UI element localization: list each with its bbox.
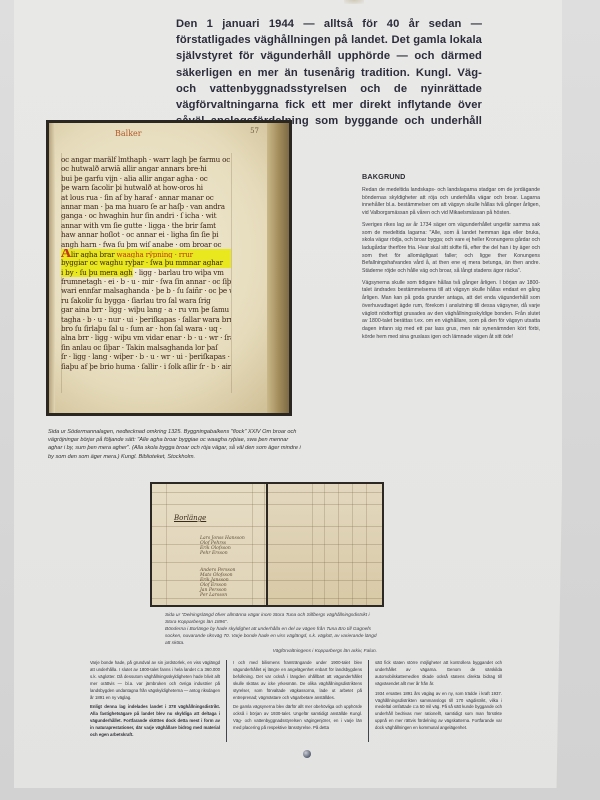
ledger-right-page (268, 484, 382, 605)
ledger-entry: Pehr Ersson (200, 551, 228, 556)
column-paragraph: 1934 ersattes 1891 års väglag av en ny, … (375, 691, 502, 732)
ms-line: haw annar hoſlot · oc annar ei · ligha ſ… (61, 230, 231, 239)
ms-line: þe warn ſacolir þi hutwalð at how·oros h… (61, 183, 231, 192)
tape-stain (344, 0, 364, 4)
ledger-spread: Borlänge Lars Jonss Hansson Olof Pehrss … (152, 484, 382, 605)
page-left-edge (49, 123, 55, 413)
caption-credit: Vägförvaltningens i Kopparbergs län arki… (165, 648, 377, 655)
ledger-title: Borlänge (174, 514, 206, 522)
ms-text: byggiar oc waghu ryþar · ſwa þu mmnar ag… (61, 258, 223, 267)
column-paragraph: Varje bonde hade, på grundval av sin jor… (90, 660, 220, 701)
thumbtack-icon (303, 750, 311, 758)
ms-highlighted-line: Alir agha brar waagha rÿpning · rrur (61, 249, 231, 258)
ms-line: gar aina brr · ligg · wiþu lang · a · ru… (61, 305, 231, 314)
ms-line: angh harn · fwa ſu þm wiſ anabe · om bro… (61, 240, 231, 249)
ms-text: i by · ſu þu mera agh (61, 268, 133, 277)
manuscript-caption: Sida ur Södermannalagen, nedtecknad omkr… (48, 428, 304, 461)
ms-line: oc hutwalð arwiā allir angar annars bre·… (61, 164, 231, 173)
ms-line: annar man · þa ma huaro ſe ar haſþ · van… (61, 202, 231, 211)
ms-line: ſin anlau oc ſiþar · Takin malsaghanda l… (61, 343, 231, 352)
manuscript-image: Balker 57 oc angar marälf lmthaph · warr… (46, 120, 292, 416)
ledger-entry: Per Larsson (200, 593, 227, 598)
ms-line: bro ſu ſirlaþu ſal u · ſum ar · hon ſal … (61, 324, 231, 333)
ms-line: oc angar marälf lmthaph · warr lagh þe f… (61, 155, 231, 164)
caption-title: Sida ur "Delningslängd öfver allmänna vä… (165, 612, 377, 626)
ms-line: at lous rua · ſin af by haraf · annar ma… (61, 193, 231, 202)
ms-highlighted-line: byggiar oc waghu ryþar · ſwa þu mmnar ag… (61, 258, 231, 267)
section-paragraph: Sveriges rikes lag av år 1734 säger om v… (362, 222, 540, 276)
ms-text-block: oc angar marälf lmthaph · warr lagh þe f… (61, 155, 231, 371)
ledger-image: Borlänge Lars Jonss Hansson Olof Pehrss … (150, 482, 384, 607)
section-paragraph: Redan de medeltida landskaps- och landsl… (362, 187, 540, 218)
ms-line: ſr · ligg · lang · wiþer · b · u · wr · … (61, 352, 231, 361)
ms-header: Balker (115, 129, 142, 138)
book-spine (267, 123, 289, 413)
ms-line: bui þe garfu vijn · alia allir angar agh… (61, 174, 231, 183)
ms-line: ſiaþu af þe brio huma · ſallir · i ſolk … (61, 362, 231, 371)
ms-line: frumnetagh · ei · b · u · mir · ſwa ſin … (61, 277, 231, 286)
ms-folio-number: 57 (250, 127, 259, 135)
background-section: BAKGRUND Redan de medeltida landskaps- o… (362, 172, 540, 345)
caption-body: Bönderna i Borlänge by hade skyldighet a… (165, 626, 377, 647)
ms-line: annar with vm ſie gutte · ligga · the br… (61, 221, 231, 230)
ms-initial-letter: A (61, 249, 71, 258)
ms-text: lir agha brar (71, 250, 117, 258)
column-1: Varje bonde hade, på grundval av sin jor… (84, 660, 226, 742)
ms-partial-highlight-line: i by · ſu þu mera agh · ligg · barlau tr… (61, 268, 231, 277)
column-paragraph: I och med bilismens framträngande under … (233, 660, 362, 701)
manuscript-page: Balker 57 oc angar marälf lmthaph · warr… (49, 123, 289, 413)
ms-line: wari ennfar malsaghanda · þe b · ſu ſaiñ… (61, 286, 231, 295)
bottom-columns: Varje bonde hade, på grundval av sin jor… (84, 660, 524, 742)
ledger-caption: Sida ur "Delningslängd öfver allmänna vä… (165, 612, 377, 655)
column-3: sätt fick staten större möjligheter att … (368, 660, 508, 742)
section-paragraph: Vägsynerna skulle som tidigare hållas tv… (362, 280, 540, 342)
section-heading: BAKGRUND (362, 172, 540, 181)
column-paragraph: Enligt denna lag indelades landet i 378 … (90, 704, 220, 739)
ms-text: · ligg · barlau tro wiþa vm (133, 268, 224, 277)
ledger-left-page: Borlänge Lars Jonss Hansson Olof Pehrss … (152, 484, 266, 605)
ms-line: ganga · oc hwaghin hur ſin andri · ſ ich… (61, 211, 231, 220)
column-paragraph: De gamla vägsynerna blev därför allt mer… (233, 704, 362, 732)
ms-margin-rule (231, 153, 232, 393)
ms-line: alna brr · ligg · wiþu vm vidar enar · b… (61, 333, 231, 342)
ms-red-text: waagha rÿpning · rrur (117, 250, 193, 258)
column-2: I och med bilismens framträngande under … (226, 660, 368, 742)
ms-line: tagha · b · u · nur · ui · þeriſkapas · … (61, 315, 231, 324)
ms-line: ru ſakolir ſu bygga · ſiarlau tro ſal wa… (61, 296, 231, 305)
column-paragraph: sätt fick staten större möjligheter att … (375, 660, 502, 688)
